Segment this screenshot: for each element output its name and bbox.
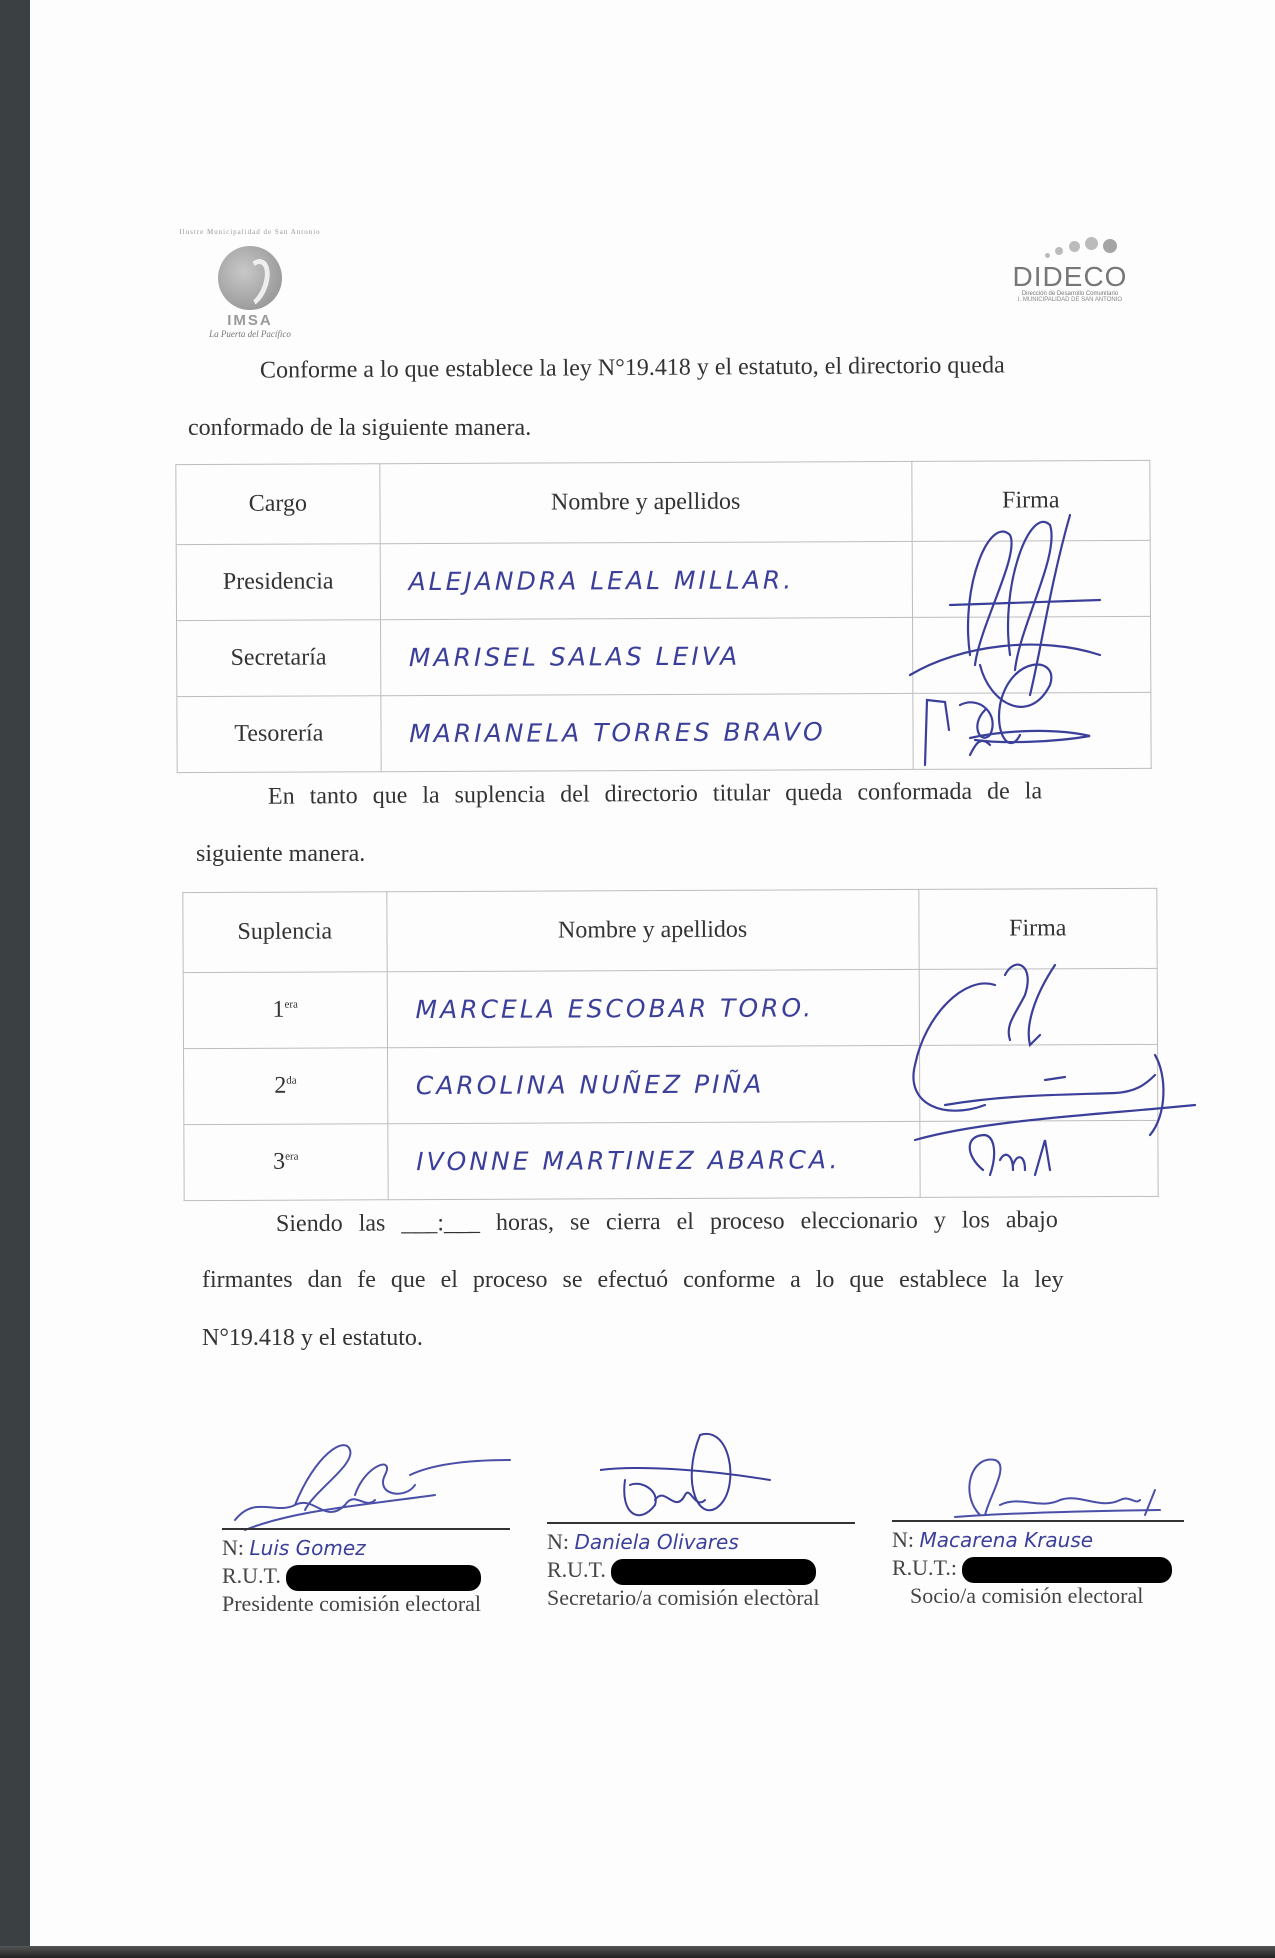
signature-line [547, 1522, 855, 1524]
closing-text-b: horas, se cierra el proceso eleccionario… [496, 1207, 1058, 1236]
signer-name: Macarena Krause [920, 1528, 1094, 1552]
order-number: 3 [273, 1149, 285, 1175]
time-blank-field: ___:___ [401, 1210, 480, 1236]
dideco-municipality: I. MUNICIPALIDAD DE SAN ANTONIO [995, 297, 1145, 303]
nombre-cell: Marianela Torres Bravo [381, 693, 913, 771]
signature-line [892, 1520, 1184, 1522]
order-suffix: da [286, 1075, 296, 1087]
scan-left-edge [0, 0, 30, 1958]
closing-line-3: N°19.418 y el estatuto. [202, 1326, 423, 1350]
signer-secretario: N: Daniela Olivares R.U.T. Secretario/a … [547, 1522, 855, 1612]
nombre-cell: Marcela Escobar Toro. [387, 969, 919, 1047]
rut-label: R.U.T. [222, 1563, 281, 1588]
signer-rut-row: R.U.T. [547, 1556, 855, 1584]
signer-role: Secretario/a comisión electòral [547, 1584, 855, 1612]
closing-line-2: firmantes dan fe que el proceso se efect… [202, 1268, 1064, 1292]
firma-cell [912, 616, 1151, 693]
order-suffix: era [285, 1151, 298, 1163]
header-firma: Firma [911, 460, 1150, 541]
signer-role: Presidente comisión electoral [222, 1590, 510, 1618]
header-suplencia: Suplencia [183, 892, 387, 973]
dideco-dots-icon [995, 235, 1145, 263]
imsa-arc-text: Ilustre Municipalidad de San Antonio [170, 228, 330, 236]
signature-line [222, 1528, 510, 1530]
nombre-cell: Marisel Salas Leiva [380, 617, 912, 695]
signer-name-row: N: Macarena Krause [892, 1526, 1184, 1554]
imsa-logo: Ilustre Municipalidad de San Antonio IMS… [170, 228, 330, 339]
table-row: 1era Marcela Escobar Toro. [183, 968, 1157, 1048]
rut-redaction [286, 1565, 481, 1591]
dideco-name: DIDECO [995, 263, 1145, 291]
order-suffix: era [284, 999, 297, 1011]
order-number: 2 [274, 1073, 286, 1099]
imsa-name: IMSA [170, 312, 330, 329]
firma-cell [912, 692, 1151, 769]
signer-role: Socio/a comisión electoral [892, 1582, 1184, 1610]
imsa-emblem-icon [218, 246, 282, 310]
intro-line-1: Conforme a lo que establece la ley N°19.… [260, 353, 1005, 382]
suplencia-table: Suplencia Nombre y apellidos Firma 1era … [182, 888, 1158, 1201]
cargo-cell: Tesorería [177, 696, 381, 773]
rut-label: R.U.T.: [892, 1555, 957, 1580]
signer-presidente: N: Luis Gomez R.U.T. Presidente comisión… [222, 1528, 510, 1618]
suplencia-order-cell: 1era [183, 972, 387, 1049]
header-firma: Firma [918, 888, 1157, 969]
table-row: 3era Ivonne Martinez Abarca. [184, 1120, 1158, 1200]
table-row: 2da Carolina Nuñez Piña [184, 1044, 1158, 1124]
table-row: Tesorería Marianela Torres Bravo [177, 692, 1151, 772]
closing-line-1: Siendo las ___:___ horas, se cierra el p… [276, 1208, 1058, 1236]
signer-name-row: N: Daniela Olivares [547, 1528, 855, 1556]
cargo-cell: Presidencia [176, 544, 380, 621]
signer-socio: N: Macarena Krause R.U.T.: Socio/a comis… [892, 1520, 1184, 1610]
name-label: N: [547, 1529, 569, 1554]
signer-name: Daniela Olivares [575, 1530, 739, 1554]
intro-line-2: conformado de la siguiente manera. [188, 416, 531, 440]
suplencia-order-cell: 2da [184, 1048, 388, 1125]
suplencia-intro-line-2: siguiente manera. [196, 842, 365, 866]
name-label: N: [222, 1535, 244, 1560]
table-row: Presidencia Alejandra Leal Millar. [176, 540, 1150, 620]
cargo-cell: Secretaría [177, 620, 381, 697]
header-nombre: Nombre y apellidos [386, 889, 918, 971]
table-header-row: Cargo Nombre y apellidos Firma [176, 460, 1150, 544]
nombre-cell: Alejandra Leal Millar. [380, 541, 912, 619]
imsa-slogan: La Puerta del Pacífico [170, 329, 330, 339]
nombre-cell: Carolina Nuñez Piña [387, 1045, 919, 1123]
suplencia-intro-line-1: En tanto que la suplencia del directorio… [268, 779, 1042, 808]
dideco-logo: DIDECO Dirección de Desarrollo Comunitar… [995, 235, 1145, 303]
table-header-row: Suplencia Nombre y apellidos Firma [183, 888, 1157, 972]
rut-redaction [962, 1557, 1172, 1583]
order-number: 1 [272, 997, 284, 1023]
scan-bottom-edge [0, 1946, 1275, 1958]
firma-cell [919, 968, 1158, 1045]
directorio-table: Cargo Nombre y apellidos Firma Presidenc… [175, 460, 1151, 773]
firma-cell [919, 1120, 1158, 1197]
nombre-cell: Ivonne Martinez Abarca. [387, 1121, 919, 1199]
header-cargo: Cargo [176, 464, 380, 545]
rut-redaction [611, 1559, 816, 1585]
signer-name-row: N: Luis Gomez [222, 1534, 510, 1562]
name-label: N: [892, 1527, 914, 1552]
firma-cell [919, 1044, 1158, 1121]
rut-label: R.U.T. [547, 1557, 606, 1582]
signer-rut-row: R.U.T. [222, 1562, 510, 1590]
table-row: Secretaría Marisel Salas Leiva [177, 616, 1151, 696]
signer-name: Luis Gomez [250, 1536, 366, 1560]
suplencia-order-cell: 3era [184, 1124, 388, 1201]
firma-cell [912, 540, 1151, 617]
closing-text-a: Siendo las [276, 1210, 385, 1237]
signer-rut-row: R.U.T.: [892, 1554, 1184, 1582]
header-nombre: Nombre y apellidos [380, 461, 912, 543]
